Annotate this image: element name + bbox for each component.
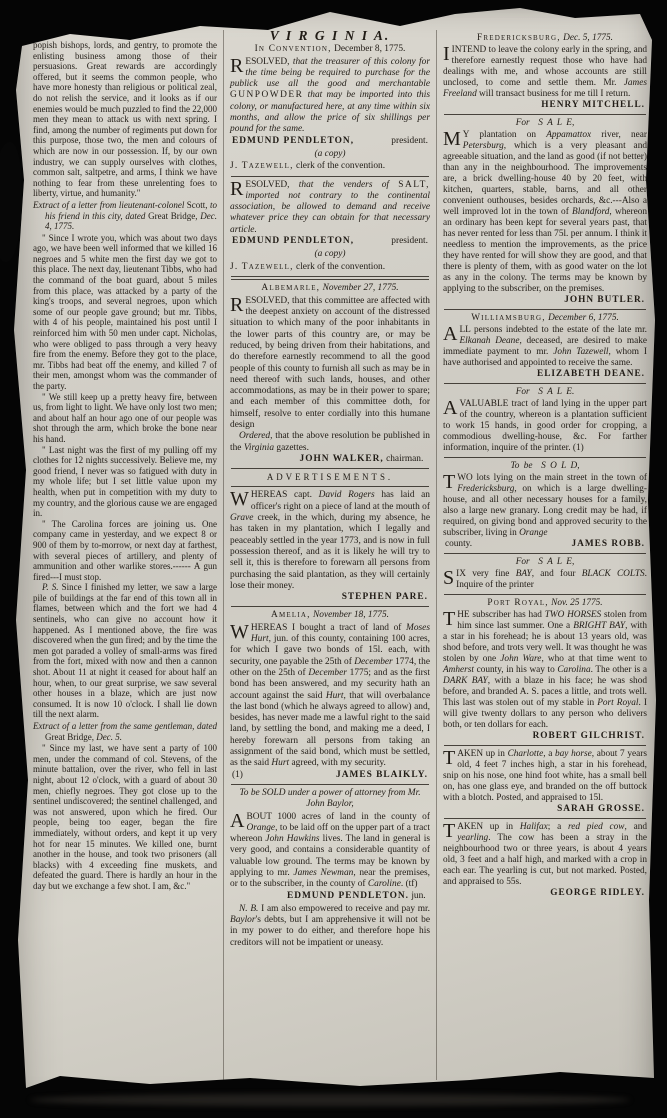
drop-cap: W [230, 490, 251, 508]
extract-heading: Extract of a letter from lieutenant-colo… [33, 200, 217, 232]
article-paragraph: TAKEN up in Charlotte, a bay horse, abou… [443, 749, 647, 804]
column-right: Fredericksburg, Dec. 5, 1775.IINTEND to … [437, 30, 653, 1080]
section-rule [444, 818, 646, 819]
section-rule [444, 553, 646, 554]
signature-left: county. [445, 539, 472, 550]
article-paragraph: P. S. Since I finished my letter, we saw… [33, 582, 217, 720]
dateline: Fredericksburg, Dec. 5, 1775. [443, 33, 647, 44]
signature: EDMUND PENDLETON. jun. [230, 891, 428, 902]
drop-cap: M [443, 130, 463, 148]
section-rule [231, 468, 429, 469]
section-rule [444, 594, 646, 595]
drop-cap: T [443, 822, 457, 840]
signature-left: (1) [232, 770, 243, 781]
drop-cap: T [443, 749, 457, 767]
drop-cap: A [443, 325, 459, 343]
article-paragraph: IINTEND to leave the colony early in the… [443, 45, 647, 100]
drop-cap: W [230, 623, 251, 641]
signature-right: president. [391, 236, 428, 247]
signature: ELIZABETH DEANE. [443, 369, 645, 380]
center-line: (a copy) [230, 149, 430, 160]
signature-row: EDMUND PENDLETON,president. [232, 136, 428, 147]
section-rule [444, 457, 646, 458]
article-paragraph: J. Tazewell, clerk of the convention. [230, 161, 430, 172]
signature: GEORGE RIDLEY. [443, 888, 645, 899]
dateline: Amelia, November 18, 1775. [230, 610, 430, 621]
article-paragraph: THE subscriber has had TWO HORSES stolen… [443, 610, 647, 731]
section-rule [444, 745, 646, 746]
article-paragraph: " Since I wrote you, which was about two… [33, 233, 217, 392]
article-paragraph: MY plantation on Appamattox river, near … [443, 130, 647, 295]
article-paragraph: RESOLVED, that the treasurer of this col… [230, 57, 430, 136]
article-paragraph: ABOUT 1000 acres of land in the county o… [230, 812, 430, 891]
article-paragraph: J. Tazewell, clerk of the convention. [230, 262, 430, 273]
signature-left: EDMUND PENDLETON, [232, 236, 354, 247]
article-paragraph: RESOLVED, that the venders of SALT, impo… [230, 180, 430, 236]
column-left: popish bishops, lords, and gentry, to pr… [27, 30, 223, 1080]
article-paragraph: WHEREAS capt. David Rogers has laid an o… [230, 490, 430, 592]
section-rule [231, 606, 429, 607]
signature: HENRY MITCHELL. [443, 100, 645, 111]
advertisements-heading: ADVERTISEMENTS. [230, 472, 430, 483]
signature: JOHN BUTLER. [443, 295, 645, 306]
section-rule [444, 383, 646, 384]
drop-cap: A [443, 399, 459, 417]
article-paragraph: ALL persons indebted to the estate of th… [443, 325, 647, 369]
signature: ROBERT GILCHRIST. [443, 731, 645, 742]
signature-right: JAMES BLAIKLY. [336, 770, 428, 781]
drop-cap: R [230, 57, 245, 75]
drop-cap: A [230, 812, 246, 830]
article-paragraph: AVALUABLE tract of land lying in the upp… [443, 399, 647, 454]
sale-heading: To be S O L D, [443, 461, 647, 472]
center-line: (a copy) [230, 249, 430, 260]
signature: STEPHEN PARE. [230, 592, 428, 603]
scan-smudge [30, 1094, 630, 1106]
torn-edge-blob [0, 142, 22, 262]
signature-left: EDMUND PENDLETON, [232, 136, 354, 147]
signature-right: president. [391, 136, 428, 147]
drop-cap: S [443, 569, 456, 587]
article-paragraph: N. B. I am also empowered to receive and… [230, 904, 430, 949]
signature: JOHN WALKER, chairman. [230, 454, 428, 465]
sale-heading: For S A L E, [443, 118, 647, 129]
drop-cap: R [230, 180, 245, 198]
sale-heading: For S A L E, [443, 557, 647, 568]
section-rule [231, 784, 429, 785]
article-paragraph: Ordered, that the above resolution be pu… [230, 431, 430, 454]
article-paragraph: WHEREAS I bought a tract of land of Mose… [230, 623, 430, 770]
section-rule [444, 114, 646, 115]
article-paragraph: " Last night was the first of my pulling… [33, 445, 217, 519]
article-paragraph: popish bishops, lords, and gentry, to pr… [33, 40, 217, 199]
signature-row: EDMUND PENDLETON,president. [232, 236, 428, 247]
dateline: Port Royal, Nov. 25 1775. [443, 598, 647, 609]
signature-row: (1)JAMES BLAIKLY. [232, 770, 428, 781]
section-rule [231, 486, 429, 487]
virginia-heading: V I R G I N I A. [230, 30, 430, 41]
drop-cap: T [443, 610, 457, 628]
drop-cap: I [443, 45, 452, 63]
article-paragraph: " The Carolina forces are joining us. On… [33, 519, 217, 583]
section-rule [231, 276, 429, 281]
dateline: In Convention, December 8, 1775. [230, 44, 430, 55]
article-paragraph: " Since my last, we have sent a party of… [33, 743, 217, 891]
article-paragraph: SIX very fine BAY, and four BLACK COLTS.… [443, 569, 647, 591]
drop-cap: R [230, 296, 245, 314]
sale-heading: For S A L E. [443, 387, 647, 398]
scanned-newspaper-screenshot: { "colors": { "paper": "#d5d2c9", "ink":… [0, 0, 667, 1118]
article-paragraph: " We still keep up a pretty heavy fire, … [33, 392, 217, 445]
dateline: Williamsburg, December 6, 1775. [443, 313, 647, 324]
article-paragraph: TWO lots lying on the main street in the… [443, 473, 647, 539]
section-rule [231, 176, 429, 177]
article-paragraph: RESOLVED, that this committee are affect… [230, 296, 430, 432]
signature-row: county.JAMES ROBB. [445, 539, 645, 550]
column-middle: V I R G I N I A.In Convention, December … [223, 30, 437, 1080]
article-paragraph: TAKEN up in Halifax; a red pied cow, and… [443, 822, 647, 888]
center-line: To be SOLD under a power of attorney fro… [230, 788, 430, 811]
section-rule [444, 309, 646, 310]
signature-right: JAMES ROBB. [571, 539, 645, 550]
page-columns: popish bishops, lords, and gentry, to pr… [27, 30, 653, 1080]
signature: SARAH GROSSE. [443, 804, 645, 815]
dateline: Albemarle, November 27, 1775. [230, 283, 430, 294]
drop-cap: T [443, 473, 457, 491]
extract-heading: Extract of a letter from the same gentle… [33, 721, 217, 742]
